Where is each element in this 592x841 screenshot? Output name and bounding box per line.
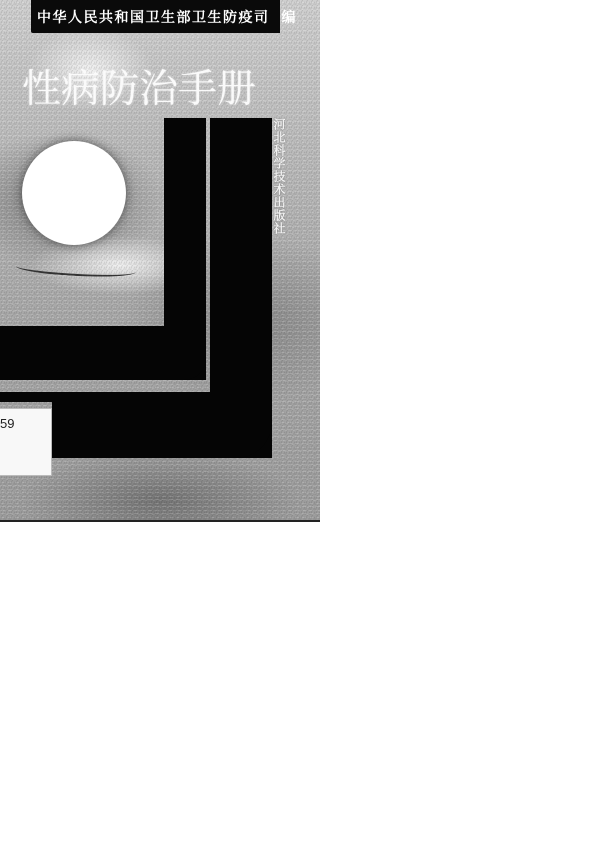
editor-role: 编 <box>282 7 298 27</box>
editor-name: 中华人民共和国卫生部卫生防疫司 <box>37 7 270 27</box>
publisher-name: 河北科学技术出版社 <box>272 118 288 235</box>
moon-graphic <box>22 141 126 245</box>
horizon-line-graphic <box>16 258 137 280</box>
library-call-number-label: 59 <box>0 408 52 476</box>
book-cover: 中华人民共和国卫生部卫生防疫司 编 性病防治手册 河北科学技术出版社 59 <box>0 0 320 522</box>
book-title: 性病防治手册 <box>22 58 256 114</box>
outer-band-horizontal <box>52 392 272 458</box>
editor-banner: 中华人民共和国卫生部卫生防疫司 编 <box>31 0 280 33</box>
call-number-text: 59 <box>0 416 14 431</box>
scanned-page: 中华人民共和国卫生部卫生防疫司 编 性病防治手册 河北科学技术出版社 59 <box>0 0 592 841</box>
inner-band-horizontal <box>0 326 206 380</box>
outer-band-left-segment <box>0 392 60 402</box>
